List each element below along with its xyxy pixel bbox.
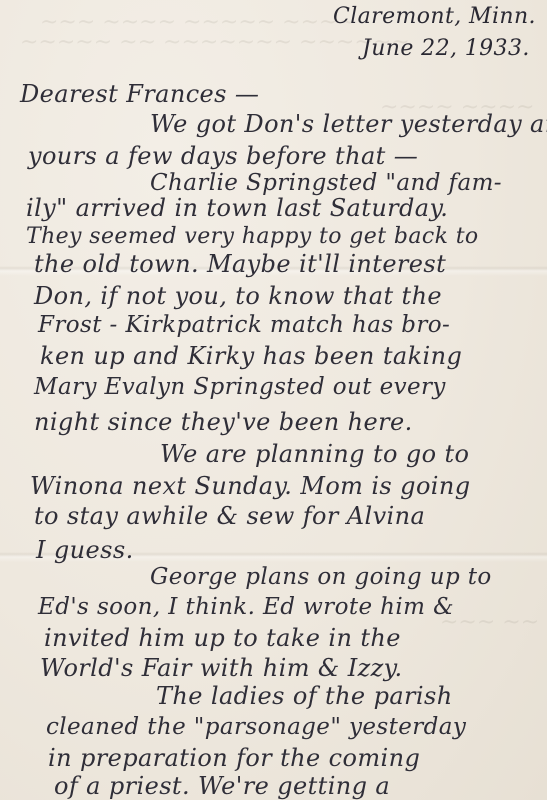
bleed-through-text: ~~~~~ ~~ ~~~~~~~ ~~~~~~ <box>20 30 410 55</box>
letter-line: yours a few days before that — <box>28 144 418 168</box>
letter-line: They seemed very happy to get back to <box>26 226 479 248</box>
letter-line: The ladies of the parish <box>156 684 453 708</box>
letter-line: We are planning to go to <box>160 442 469 466</box>
letter-page: ~~~ ~~~~ ~~~~~ ~~~~ ~~~~~ ~~ ~~~~~~~ ~~~… <box>0 0 547 800</box>
letter-line: ily" arrived in town last Saturday. <box>26 196 448 220</box>
letter-place: Claremont, Minn. <box>333 6 536 28</box>
letter-line: ken up and Kirky has been taking <box>40 344 462 368</box>
letter-line: Frost - Kirkpatrick match has bro- <box>38 314 450 337</box>
letter-line: Charlie Springsted "and fam- <box>150 172 502 195</box>
letter-line: World's Fair with him & Izzy. <box>40 656 402 680</box>
letter-line: Mary Evalyn Springsted out every <box>34 376 446 399</box>
letter-line: Ed's soon, I think. Ed wrote him & <box>38 596 454 619</box>
letter-line: invited him up to take in the <box>44 626 401 650</box>
bleed-through-text: ~~~ ~~ <box>440 610 539 635</box>
bleed-through-text: ~~~ ~~~~ ~~~~~ ~~~~ <box>40 10 356 35</box>
letter-line: Don, if not you, to know that the <box>34 284 442 308</box>
letter-line: in preparation for the coming <box>48 746 420 770</box>
letter-line: I guess. <box>36 538 134 562</box>
letter-line: cleaned the "parsonage" yesterday <box>46 716 466 739</box>
letter-line: the old town. Maybe it'll interest <box>34 252 446 276</box>
letter-line: night since they've been here. <box>34 410 413 434</box>
letter-line: We got Don's letter yesterday and <box>150 112 547 136</box>
letter-line: to stay awhile & sew for Alvina <box>34 504 425 528</box>
letter-date: June 22, 1933. <box>362 38 530 60</box>
letter-salutation: Dearest Frances — <box>20 82 259 106</box>
letter-line: of a priest. We're getting a <box>54 774 390 798</box>
letter-line: Winona next Sunday. Mom is going <box>30 474 471 498</box>
letter-line: George plans on going up to <box>150 566 492 589</box>
